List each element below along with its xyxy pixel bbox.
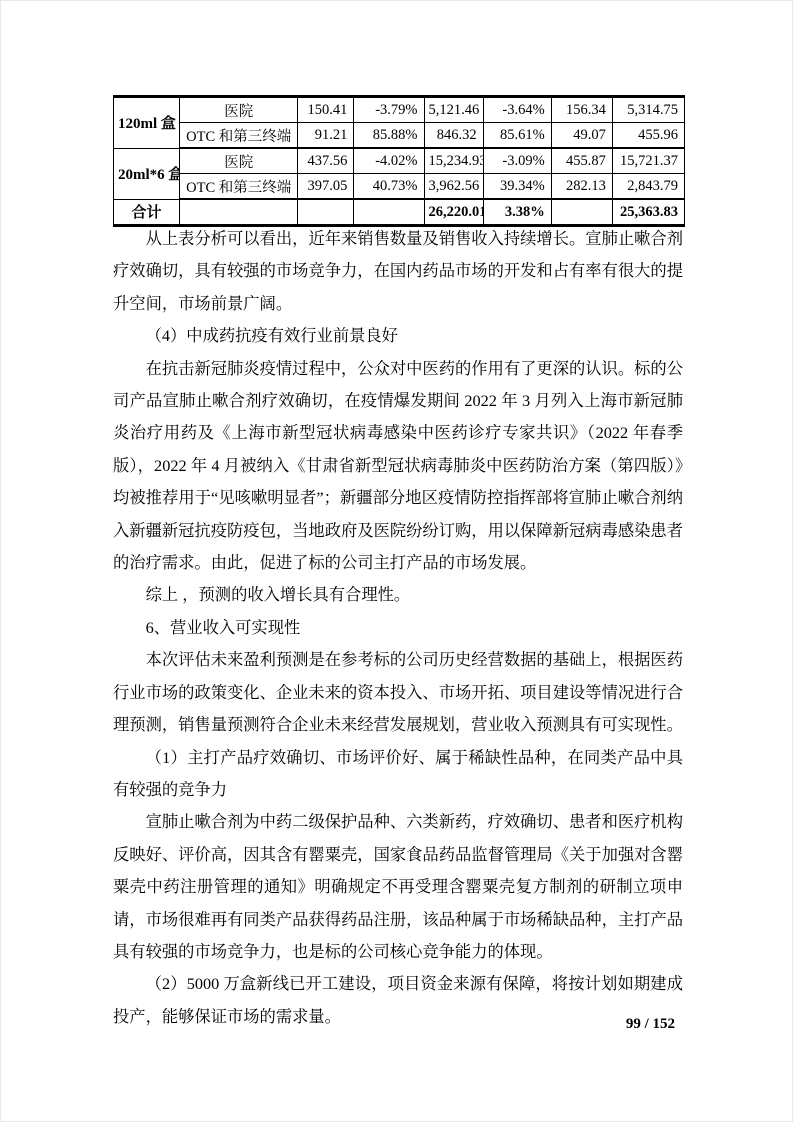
paragraph-forecast-basis: 本次评估未来盈利预测是在参考标的公司历史经营数据的基础上，根据医药行业市场的政策… (113, 644, 683, 741)
value-cell: -3.64% (483, 97, 551, 123)
table-row: 120ml 盒 医院 150.41 -3.79% 5,121.46 -3.64%… (114, 97, 685, 123)
table-total-row: 合计 26,220.01 3.38% 25,363.83 (114, 199, 685, 226)
value-cell: 2,843.79 (612, 174, 684, 200)
value-cell: 455.87 (551, 148, 612, 174)
value-cell: 15,234.93 (424, 148, 483, 174)
value-cell: 49.07 (551, 123, 612, 149)
value-cell: 85.61% (483, 123, 551, 149)
paragraph-product-scarcity: 宣肺止嗽合剂为中药二级保护品种、六类新药，疗效确切、患者和医疗机构反映好、评价高… (113, 806, 683, 968)
value-cell (298, 199, 354, 226)
heading-section-6: 6、营业收入可实现性 (113, 612, 683, 644)
value-cell: -4.02% (354, 148, 424, 174)
heading-item-1: （1）主打产品疗效确切、市场评价好、属于稀缺性品种，在同类产品中具有较强的竞争力 (113, 742, 683, 807)
value-cell: 26,220.01 (424, 199, 483, 226)
spec-group-cell: 120ml 盒 (114, 97, 180, 149)
value-cell: 3.38% (483, 199, 551, 226)
paragraph-conclusion: 综上 ，预测的收入增长具有合理性。 (113, 579, 683, 611)
value-cell: 150.41 (298, 97, 354, 123)
body-text: 从上表分析可以看出，近年来销售数量及销售收入持续增长。宣肺止嗽合剂疗效确切，具有… (113, 223, 683, 1033)
value-cell: 437.56 (298, 148, 354, 174)
page-number: 99 / 152 (113, 1016, 683, 1033)
channel-cell (180, 199, 298, 226)
channel-cell: OTC 和第三终端 (180, 174, 298, 200)
value-cell: 15,721.37 (612, 148, 684, 174)
channel-cell: OTC 和第三终端 (180, 123, 298, 149)
value-cell: 5,314.75 (612, 97, 684, 123)
spec-group-cell: 20ml*6 盒 (114, 148, 180, 199)
channel-cell: 医院 (180, 148, 298, 174)
value-cell: 282.13 (551, 174, 612, 200)
value-cell: -3.79% (354, 97, 424, 123)
value-cell: 3,962.56 (424, 174, 483, 200)
table-row: OTC 和第三终端 91.21 85.88% 846.32 85.61% 49.… (114, 123, 685, 149)
value-cell (551, 199, 612, 226)
value-cell: 156.34 (551, 97, 612, 123)
value-cell: 39.34% (483, 174, 551, 200)
value-cell: 455.96 (612, 123, 684, 149)
value-cell: 91.21 (298, 123, 354, 149)
value-cell (354, 199, 424, 226)
value-cell: 5,121.46 (424, 97, 483, 123)
document-page: 120ml 盒 医院 150.41 -3.79% 5,121.46 -3.64%… (0, 0, 793, 1122)
value-cell: 40.73% (354, 174, 424, 200)
value-cell: 85.88% (354, 123, 424, 149)
sales-revenue-table: 120ml 盒 医院 150.41 -3.79% 5,121.46 -3.64%… (113, 95, 685, 227)
value-cell: 397.05 (298, 174, 354, 200)
paragraph-covid-industry: 在抗击新冠肺炎疫情过程中，公众对中医药的作用有了更深的认识。标的公司产品宣肺止嗽… (113, 353, 683, 580)
value-cell: 846.32 (424, 123, 483, 149)
heading-item-4: （4）中成药抗疫有效行业前景良好 (113, 320, 683, 352)
value-cell: 25,363.83 (612, 199, 684, 226)
paragraph-summary-growth: 从上表分析可以看出，近年来销售数量及销售收入持续增长。宣肺止嗽合剂疗效确切，具有… (113, 223, 683, 320)
table-row: 20ml*6 盒 医院 437.56 -4.02% 15,234.93 -3.0… (114, 148, 685, 174)
table-row: OTC 和第三终端 397.05 40.73% 3,962.56 39.34% … (114, 174, 685, 200)
total-label-cell: 合计 (114, 199, 180, 226)
value-cell: -3.09% (483, 148, 551, 174)
channel-cell: 医院 (180, 97, 298, 123)
